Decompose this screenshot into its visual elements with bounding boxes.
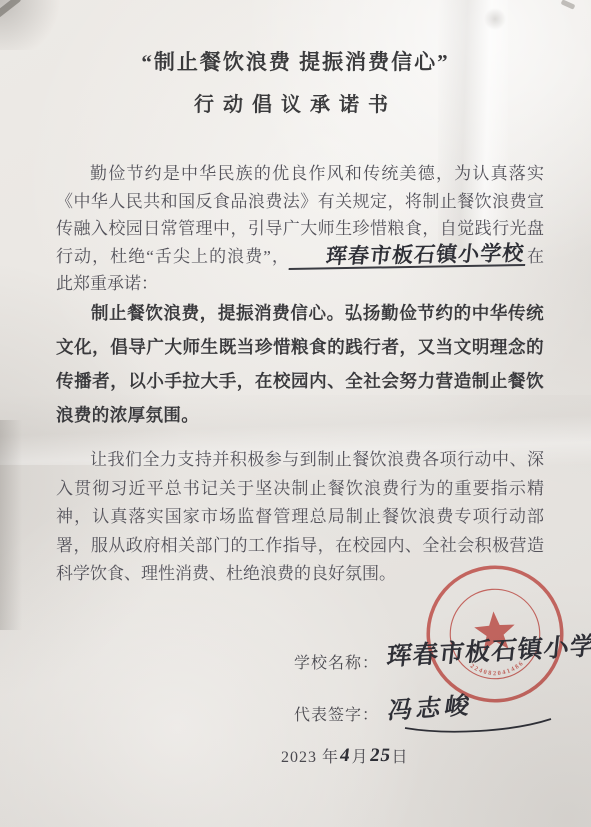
school-name-label: 学校名称： bbox=[294, 655, 379, 672]
edge-shadow-left bbox=[0, 420, 26, 630]
date-line: 2023 年4月25日 bbox=[281, 744, 409, 768]
paragraph-opening: 勤俭节约是中华民族的优良作风和传统美德，为认真落实《中华人民共和国反食品浪费法》… bbox=[56, 160, 544, 298]
corner-shadow-top-left bbox=[0, 0, 70, 50]
date-month-handwritten: 4 bbox=[338, 745, 352, 767]
date-day-unit: 日 bbox=[392, 749, 409, 766]
speck-top-right bbox=[561, 0, 576, 10]
paragraph-commitment: 制止餐饮浪费，提振消费信心。弘扬勤俭节约的中华传统文化，倡导广大师生既当珍惜粮食… bbox=[56, 296, 544, 432]
date-year: 2023 年 bbox=[281, 749, 339, 766]
document-photo: “制止餐饮浪费 提振消费信心” 行动倡议承诺书 勤俭节约是中华民族的优良作风和传… bbox=[0, 0, 591, 827]
title-line-1: “制止餐饮浪费 提振消费信心” bbox=[0, 46, 591, 76]
date-month-unit: 月 bbox=[352, 749, 369, 766]
handwritten-school-name-inline: 珲春市板石镇小学校 bbox=[288, 242, 527, 269]
title-line-2: 行动倡议承诺书 bbox=[0, 88, 591, 117]
date-day-handwritten: 25 bbox=[368, 745, 392, 767]
signature-label: 代表签字： bbox=[294, 707, 379, 724]
corner-mark-top-left bbox=[0, 0, 22, 18]
representative-signature-field: 代表签字：冯志峻 bbox=[294, 692, 473, 727]
school-name-field: 学校名称：珲春市板石镇小学校 bbox=[294, 640, 591, 676]
signature-wrap: 冯志峻 bbox=[389, 692, 473, 727]
school-name-handwritten: 珲春市板石镇小学校 bbox=[385, 625, 591, 673]
pledge-sheet: “制止餐饮浪费 提振消费信心” 行动倡议承诺书 勤俭节约是中华民族的优良作风和传… bbox=[0, 0, 591, 827]
speck-top-center bbox=[484, 6, 506, 32]
signature-flourish bbox=[403, 716, 553, 734]
